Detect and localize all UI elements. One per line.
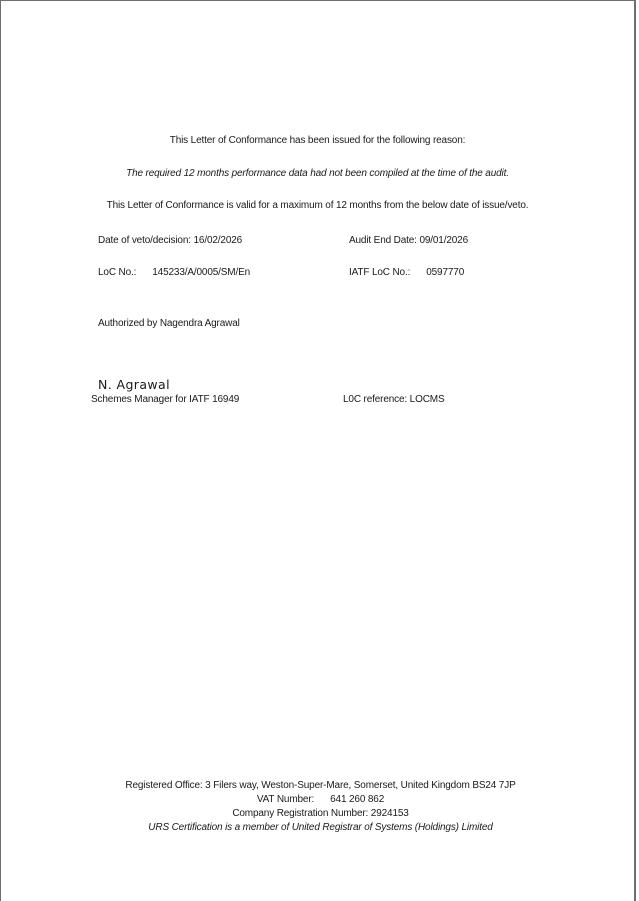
vat-number: VAT Number:641 260 862 (1, 793, 639, 807)
loc-reference: L0C reference: LOCMS (343, 394, 445, 406)
membership-statement: URS Certification is a member of United … (1, 821, 639, 835)
date-of-veto-label: Date of veto/decision: (98, 235, 191, 246)
loc-number-value: 145233/A/0005/SM/En (152, 267, 250, 278)
audit-end-date: Audit End Date: 09/01/2026 (349, 235, 468, 247)
iatf-loc-number: IATF LoC No.:0597770 (349, 267, 464, 279)
reason-intro: This Letter of Conformance has been issu… (1, 135, 634, 147)
loc-number-label: LoC No.: (98, 267, 136, 278)
audit-end-label: Audit End Date: (349, 235, 417, 246)
document-page: This Letter of Conformance has been issu… (0, 0, 636, 901)
loc-number: LoC No.:145233/A/0005/SM/En (98, 267, 250, 279)
iatf-loc-value: 0597770 (426, 267, 464, 278)
reason-text: The required 12 months performance data … (1, 168, 634, 180)
audit-end-value: 09/01/2026 (419, 235, 468, 246)
vat-label: VAT Number: (257, 794, 314, 805)
date-of-veto: Date of veto/decision: 16/02/2026 (98, 235, 242, 247)
signature: N. Agrawal (98, 378, 170, 392)
vat-value: 641 260 862 (330, 794, 384, 805)
registered-office: Registered Office: 3 Filers way, Weston-… (1, 779, 639, 793)
validity-text: This Letter of Conformance is valid for … (1, 200, 634, 212)
signer-title: Schemes Manager for IATF 16949 (91, 394, 239, 406)
authorized-by: Authorized by Nagendra Agrawal (98, 318, 240, 330)
company-registration: Company Registration Number: 2924153 (1, 807, 639, 821)
date-of-veto-value: 16/02/2026 (194, 235, 243, 246)
footer: Registered Office: 3 Filers way, Weston-… (1, 779, 639, 835)
iatf-loc-label: IATF LoC No.: (349, 267, 410, 278)
